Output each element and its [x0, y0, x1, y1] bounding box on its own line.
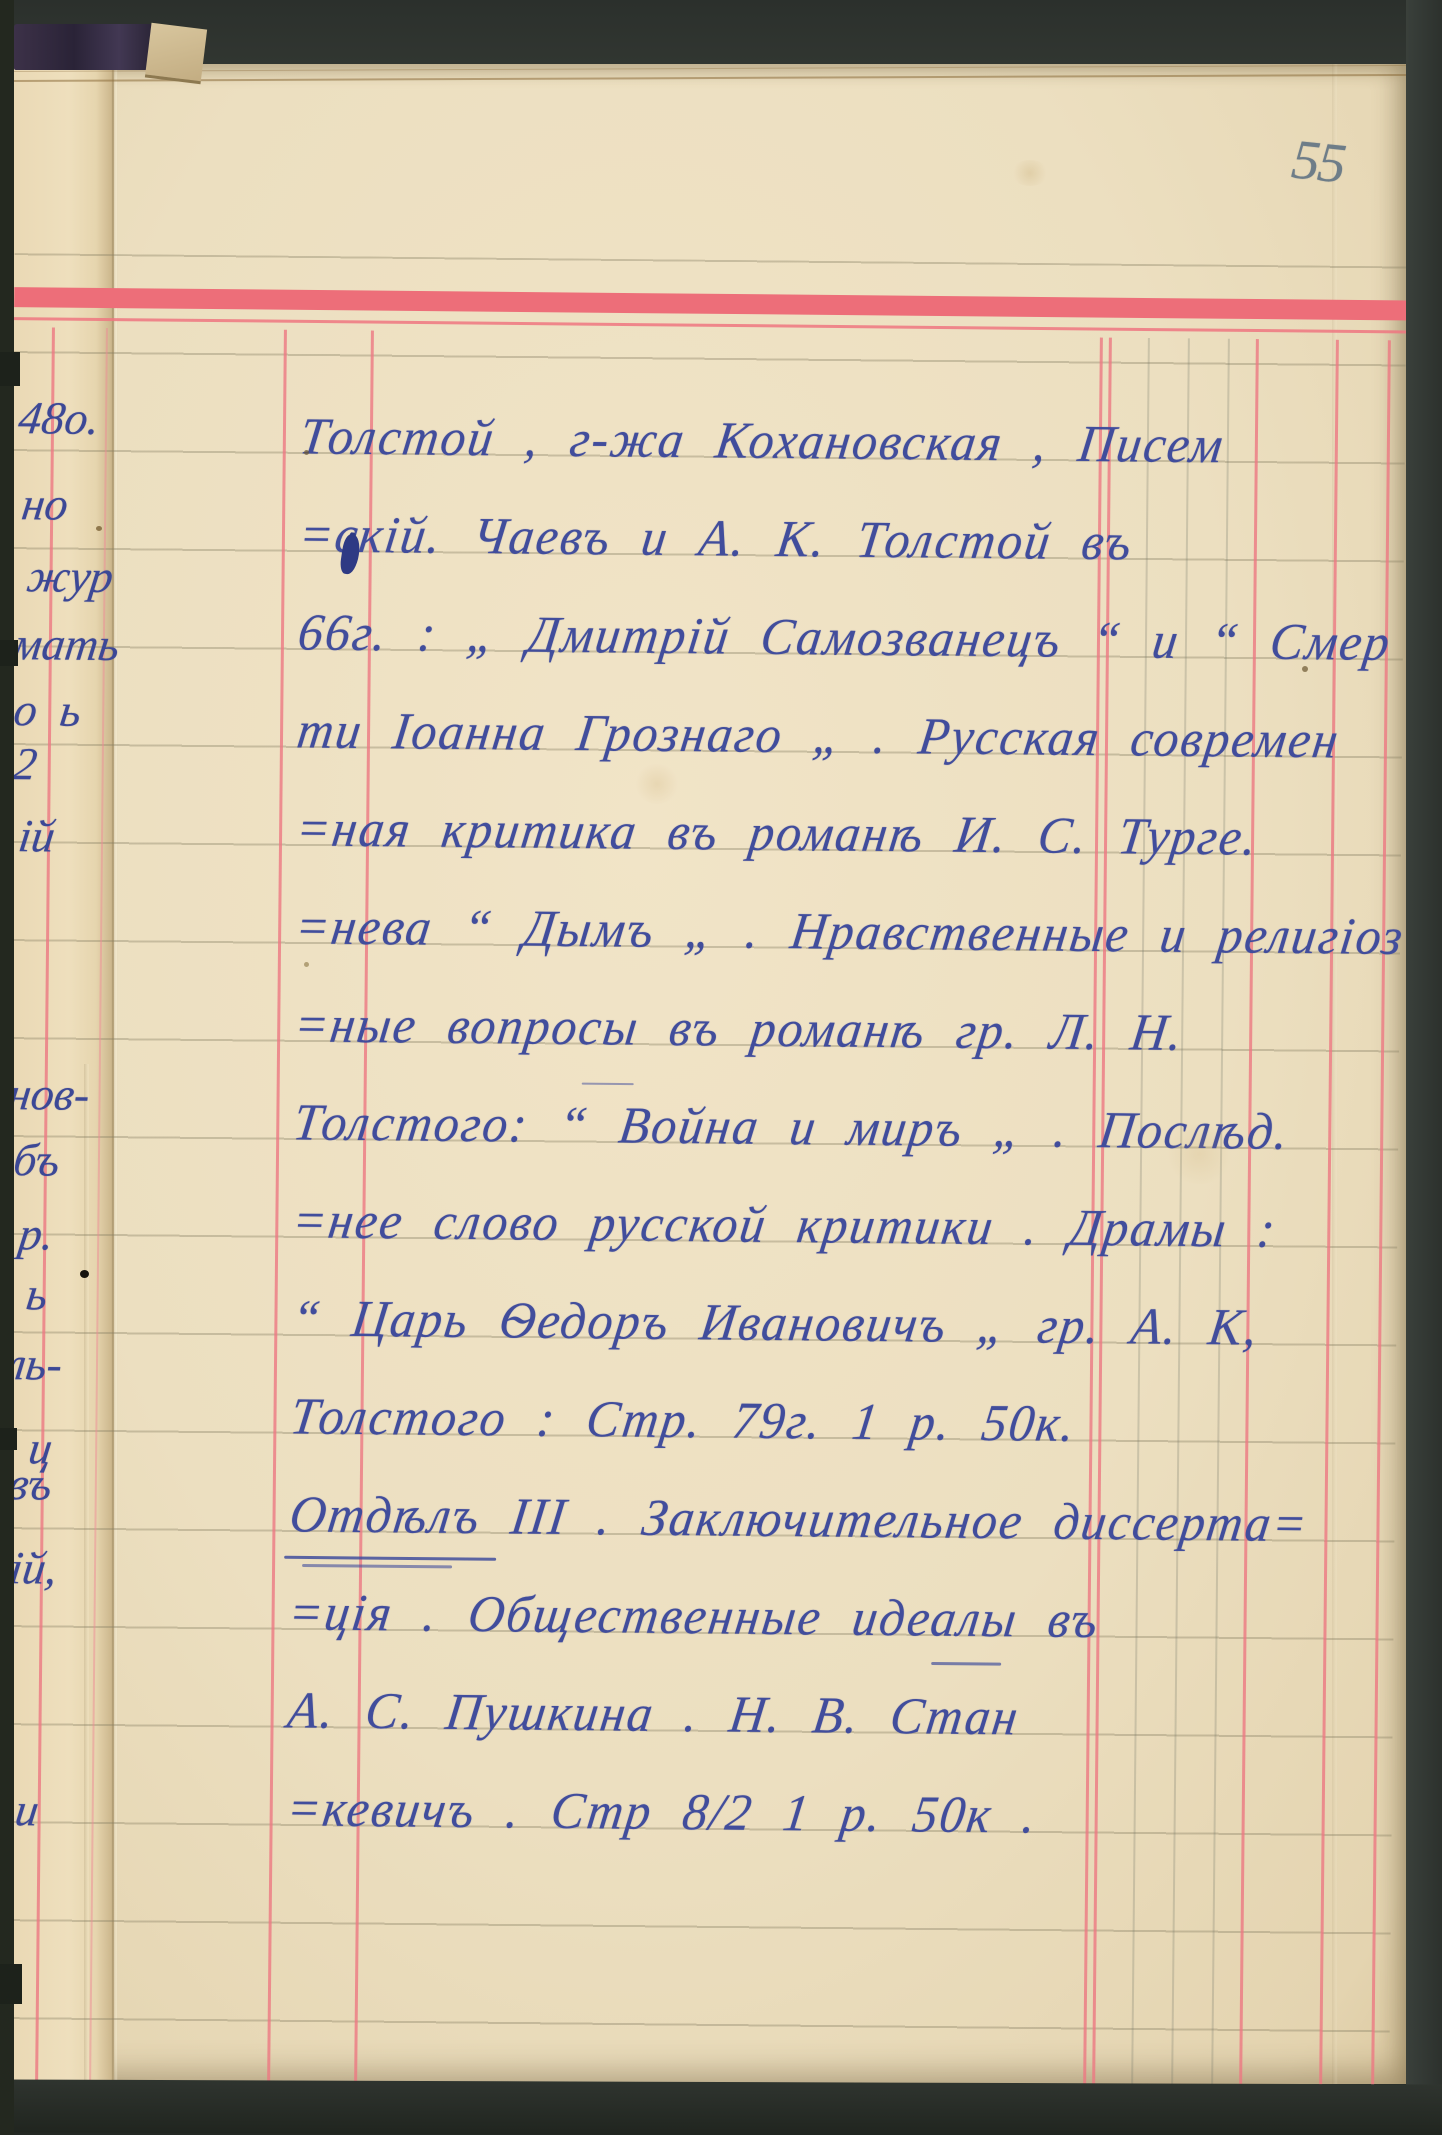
margin-fragment: о ь — [11, 683, 85, 737]
margin-fragment: и — [12, 1783, 42, 1836]
underline-otdel-2 — [302, 1564, 452, 1568]
margin-fragment: ій — [16, 809, 59, 862]
handwriting-line: ти Іоанна Грознаго „ . Русская современ — [294, 700, 1344, 770]
handwriting-line: Отдѣлъ III . Заключительное диссерта= — [286, 1484, 1312, 1554]
edge-nick — [0, 1428, 17, 1450]
handwriting-line: =нее слово русской критики . Драмы : — [289, 1190, 1281, 1260]
manuscript-scan: Толстой , г-жа Кохановская , Писем=скій.… — [0, 0, 1442, 2135]
handwriting-line: А. С. Пушкина . Н. В. Стан — [284, 1680, 1023, 1747]
ink-speck — [80, 1270, 89, 1278]
edge-nick — [0, 352, 20, 386]
margin-fragment: р. — [16, 1207, 58, 1260]
margin-fragment: мать — [9, 617, 123, 671]
margin-fragment: бъ — [10, 1133, 63, 1186]
scanner-background-bottom — [0, 2079, 1442, 2135]
scanner-background-right — [1406, 0, 1442, 2135]
handwriting-line: =нева “ Дымъ „ . Нравственные и религіоз… — [292, 896, 1442, 967]
underline-ideals — [931, 1662, 1001, 1666]
handwriting-line: 66г. : „ Дмитрій Самозванецъ “ и “ Смер — [295, 602, 1395, 673]
edge-nick — [0, 1964, 22, 2004]
handwriting-line: “ Царь Ѳедоръ Ивановичъ „ гр. А. К, — [288, 1288, 1263, 1358]
handwriting-layer: Толстой , г-жа Кохановская , Писем=скій.… — [0, 61, 1408, 2094]
binding-cloth — [14, 24, 164, 70]
edge-nick — [0, 640, 18, 666]
page-number: 55 — [1289, 127, 1347, 196]
margin-fragment: 48о. — [16, 391, 104, 445]
margin-fragment: но — [19, 477, 72, 530]
paper-scrap — [145, 23, 207, 84]
stain — [634, 764, 680, 804]
scanner-background-top — [0, 0, 1442, 64]
handwriting-line: Толстого: “ Война и миръ „ . Послѣд. — [290, 1092, 1294, 1162]
handwriting-line: =скій. Чаевъ и А. К. Толстой въ — [296, 504, 1138, 572]
speck — [1302, 666, 1308, 672]
margin-fragment: ь — [23, 1267, 51, 1320]
underline-roman — [582, 1083, 634, 1085]
speck — [304, 450, 309, 455]
scanner-background-left — [0, 0, 14, 2135]
margin-fragment: 2 — [10, 737, 40, 790]
handwriting-line: =ная критика въ романѣ И. С. Турге. — [293, 798, 1262, 867]
speck — [304, 962, 309, 967]
handwriting-line: =ція . Общественные идеалы въ — [285, 1582, 1103, 1650]
margin-fragment: нов- — [5, 1067, 93, 1121]
handwriting-line: Толстой , г-жа Кохановская , Писем — [297, 406, 1229, 475]
handwriting-line: =ные вопросы въ романѣ гр. Л. Н. — [291, 994, 1188, 1063]
underline-otdel — [284, 1556, 496, 1561]
speck — [96, 526, 102, 531]
handwriting-line: Толстого : Стр. 79г. 1 р. 50к. — [287, 1386, 1080, 1454]
stain — [1010, 160, 1050, 186]
notebook-page: Толстой , г-жа Кохановская , Писем=скій.… — [14, 64, 1406, 2084]
margin-fragment: жур — [24, 549, 117, 603]
margin-fragment: ій, — [7, 1541, 61, 1594]
stain — [1164, 1124, 1234, 1184]
handwriting-line: =кевичъ . Стр 8/2 1 р. 50к . — [283, 1778, 1041, 1845]
